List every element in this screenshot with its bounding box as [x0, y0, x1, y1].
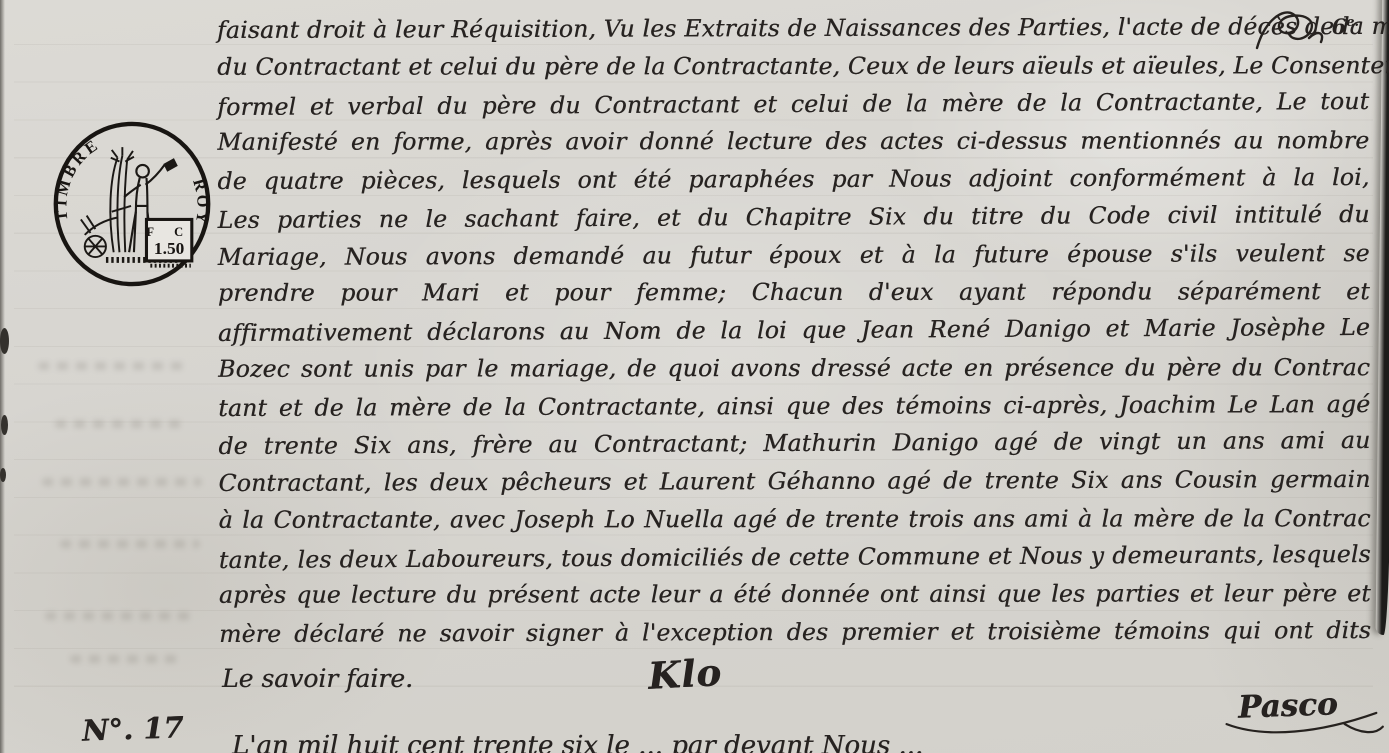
bleedthrough-mark [42, 478, 202, 486]
manuscript-line: formel et verbal du père du Contractant … [217, 82, 1369, 126]
ink-blot [0, 328, 9, 354]
manuscript-line: Contractant, les deux pêcheurs et Lauren… [218, 461, 1370, 503]
manuscript-line: Les parties ne le sachant faire, et du C… [218, 196, 1370, 240]
manuscript-line: Manifesté en forme, après avoir donné le… [217, 122, 1369, 161]
next-act-partial-line: L'an mil huit cent trente six le ... par… [232, 731, 1352, 753]
ink-blot [1, 415, 8, 435]
manuscript-line: tant et de la mère de la Contractante, a… [218, 385, 1370, 427]
manuscript-line: à la Contractante, avec Joseph Lo Nuella… [219, 500, 1371, 539]
manuscript-line: Mariage, Nous avons demandé au futur épo… [218, 234, 1370, 276]
ink-blot [0, 468, 6, 482]
document-page: 6e. TIMBRE ROYAL [0, 0, 1389, 753]
tax-code-text: F C [146, 225, 191, 239]
stamp-word-timbre: TIMBRE [51, 134, 103, 222]
manuscript-line: faisant droit à leur Réquisition, Vu les… [217, 8, 1369, 50]
tax-value-text: 1.50 [154, 239, 185, 258]
bleedthrough-mark [70, 655, 180, 663]
page-binding-edge [1376, 0, 1389, 635]
timbre-royal-stamp: TIMBRE ROYAL [50, 116, 214, 292]
manuscript-line: affirmativement déclarons au Nom de la l… [218, 309, 1370, 353]
closing-line: Le savoir faire. [222, 664, 413, 693]
manuscript-text-block: faisant droit à leur Réquisition, Vu les… [217, 8, 1371, 654]
signature-witness: Klo [647, 650, 723, 698]
manuscript-line: après que lecture du présent acte leur a… [219, 575, 1371, 614]
svg-text:TIMBRE: TIMBRE [51, 134, 103, 222]
manuscript-line: Bozec sont unis par le mariage, de quoi … [218, 349, 1370, 388]
manuscript-line: tante, les deux Laboureurs, tous domicil… [219, 535, 1371, 579]
wheat-sheaf-icon [110, 147, 134, 252]
manuscript-line: mère déclaré ne savoir signer à l'except… [219, 612, 1371, 654]
scan-edge-left [0, 0, 5, 753]
manuscript-line: de quatre pièces, lesquels ont été parap… [217, 159, 1369, 201]
bleedthrough-mark [45, 612, 195, 620]
act-margin-number: N°. 17 [81, 710, 184, 748]
bleedthrough-mark [60, 540, 200, 548]
bleedthrough-mark [55, 420, 185, 428]
manuscript-line: prendre pour Mari et pour femme; Chacun … [218, 273, 1370, 312]
manuscript-line: de trente Six ans, frère au Contractant;… [218, 422, 1370, 466]
tax-box: F C 1.50 [146, 219, 191, 265]
manuscript-line: du Contractant et celui du père de la Co… [217, 47, 1369, 86]
signature-officiant: Pasco [1237, 686, 1338, 725]
bleedthrough-mark [38, 362, 188, 370]
